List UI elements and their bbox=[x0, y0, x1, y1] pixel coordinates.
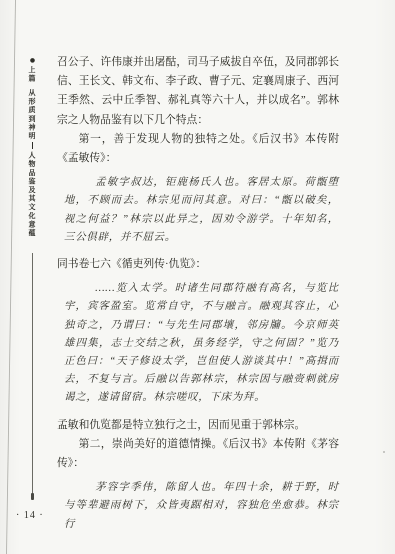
quotation-block: ……览入太学。时诸生同郡符融有高名，与览比宇，宾客盈室。览常自守，不与融言。融观… bbox=[64, 280, 339, 407]
margin-rule bbox=[32, 253, 33, 500]
paragraph: 孟敏和仇览都是特立独行之士，因而见重于郭林宗。 bbox=[57, 416, 339, 435]
scan-speck bbox=[383, 451, 385, 453]
quotation-block: 茅容字季伟，陈留人也。年四十余，耕于野，时与等辈避雨树下，众皆夷踞相对，容独危坐… bbox=[64, 479, 339, 534]
page-number: · 14 · bbox=[16, 510, 44, 521]
paragraph: 第二，崇尚美好的道德情操。《后汉书》本传附《茅容传》： bbox=[57, 435, 339, 473]
margin-title: ●上篇从形质到神明人物品鉴及其文化意蕴 bbox=[25, 57, 39, 237]
paragraph: 第一，善于发现人物的独特之处。《后汉书》本传附《孟敏传》： bbox=[57, 130, 339, 168]
quotation-block: 孟敏字叔达，钜鹿杨氏人也。客居太原。荷甑堕地，不顾而去。林宗见而问其意。对曰：“… bbox=[64, 174, 339, 247]
bullet-icon: ● bbox=[29, 57, 36, 66]
margin-title-text: 从形质到神明 bbox=[28, 89, 36, 141]
dash-separator bbox=[32, 142, 33, 149]
paragraph: 召公子、许伟康并出屠酤，司马子威拔自卒伍，及同郡郭长信、王长文、韩文布、李子政、… bbox=[57, 53, 339, 130]
margin-section-label: 上篇 bbox=[28, 66, 36, 83]
text-column: 召公子、许伟康并出屠酤，司马子威拔自卒伍，及同郡郭长信、王长文、韩文布、李子政、… bbox=[57, 53, 339, 542]
margin-subtitle-text: 人物品鉴及其文化意蕴 bbox=[28, 151, 36, 237]
book-page: ●上篇从形质到神明人物品鉴及其文化意蕴 召公子、许伟康并出屠酤，司马子威拔自卒伍… bbox=[0, 0, 395, 554]
paragraph: 同书卷七六《循吏列传·仇览》： bbox=[57, 255, 339, 274]
